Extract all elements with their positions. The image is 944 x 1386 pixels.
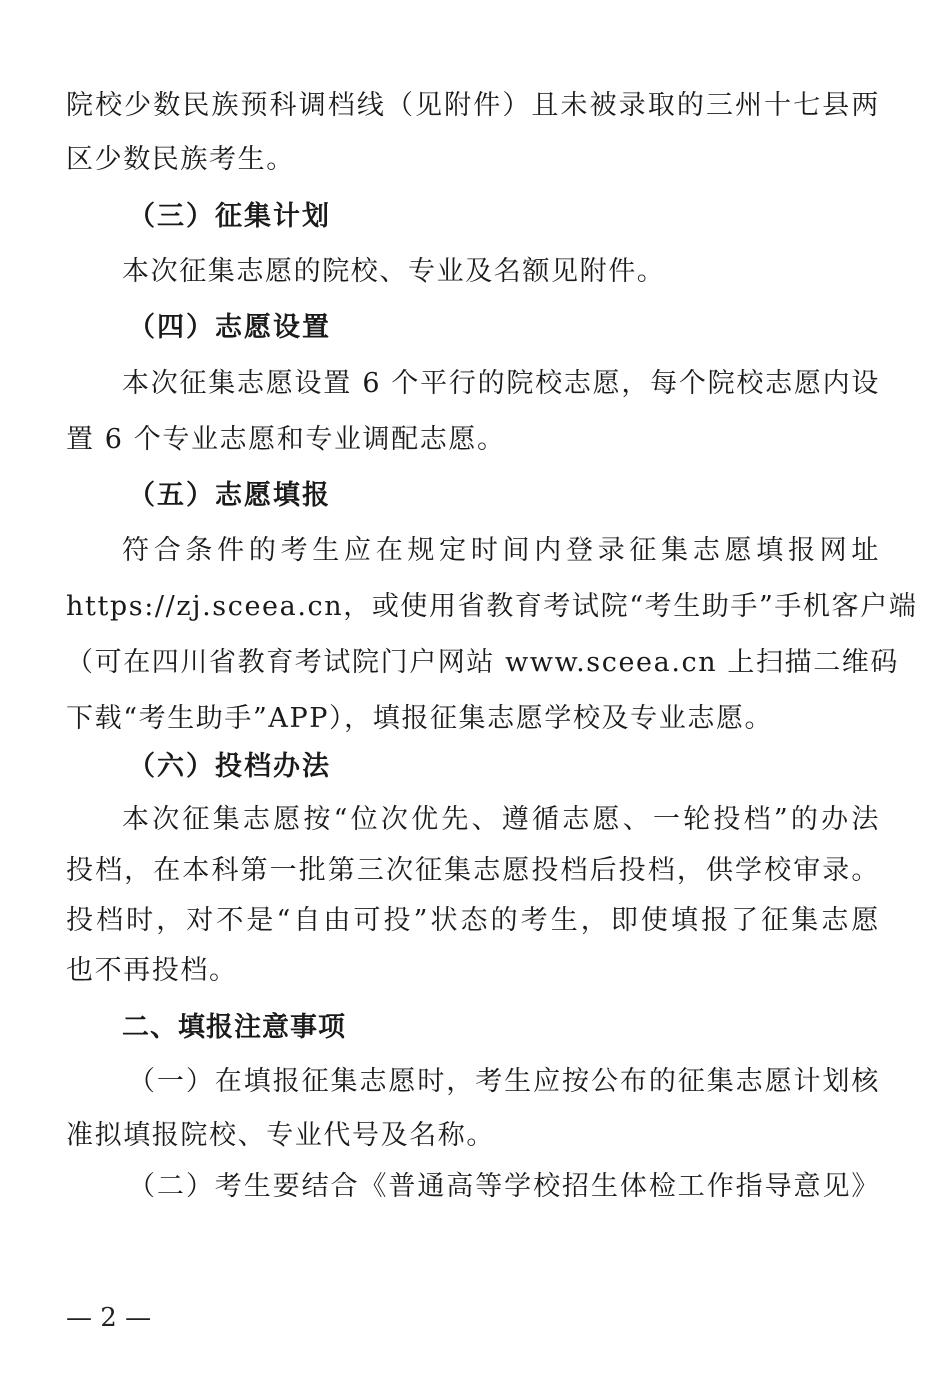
body-line: 符合条件的考生应在规定时间内登录征集志愿填报网址 bbox=[122, 534, 880, 568]
body-line: 投档，在本科第一批第三次征集志愿投档后投档，供学校审录。 bbox=[66, 854, 880, 888]
body-line: 下载“考生助手”APP），填报征集志愿学校及专业志愿。 bbox=[66, 702, 880, 736]
section-subheading-settings: （四）志愿设置 bbox=[128, 311, 331, 345]
body-line: 本次征集志愿按“位次优先、遵循志愿、一轮投档”的办法 bbox=[122, 803, 880, 837]
section-subheading-submission: （六）投档办法 bbox=[128, 750, 331, 784]
body-line: （可在四川省教育考试院门户网站 www.sceea.cn 上扫描二维码 bbox=[66, 646, 880, 680]
body-line: 置 6 个专业志愿和专业调配志愿。 bbox=[66, 423, 880, 457]
body-line: 院校少数民族预科调档线（见附件）且未被录取的三州十七县两 bbox=[66, 89, 880, 123]
body-line: https://zj.sceea.cn，或使用省教育考试院“考生助手”手机客户端 bbox=[66, 590, 880, 624]
body-line: （一）在填报征集志愿时，考生应按公布的征集志愿计划核 bbox=[128, 1065, 880, 1099]
body-line: （二）考生要结合《普通高等学校招生体检工作指导意见》 bbox=[128, 1170, 880, 1204]
body-line: 投档时，对不是“自由可投”状态的考生，即使填报了征集志愿 bbox=[66, 904, 880, 938]
body-line: 准拟填报院校、专业代号及名称。 bbox=[66, 1119, 880, 1153]
body-line: 本次征集志愿的院校、专业及名额见附件。 bbox=[122, 255, 880, 289]
section-heading-notes: 二、填报注意事项 bbox=[122, 1011, 346, 1045]
body-line: 区少数民族考生。 bbox=[66, 143, 880, 177]
section-subheading-filling: （五）志愿填报 bbox=[128, 479, 331, 513]
section-subheading-plan: （三）征集计划 bbox=[128, 200, 331, 234]
page-number: — 2 — bbox=[66, 1302, 151, 1334]
document-page: 院校少数民族预科调档线（见附件）且未被录取的三州十七县两 区少数民族考生。 （三… bbox=[0, 0, 944, 1386]
body-line: 也不再投档。 bbox=[66, 954, 880, 988]
body-line: 本次征集志愿设置 6 个平行的院校志愿，每个院校志愿内设 bbox=[122, 367, 880, 401]
